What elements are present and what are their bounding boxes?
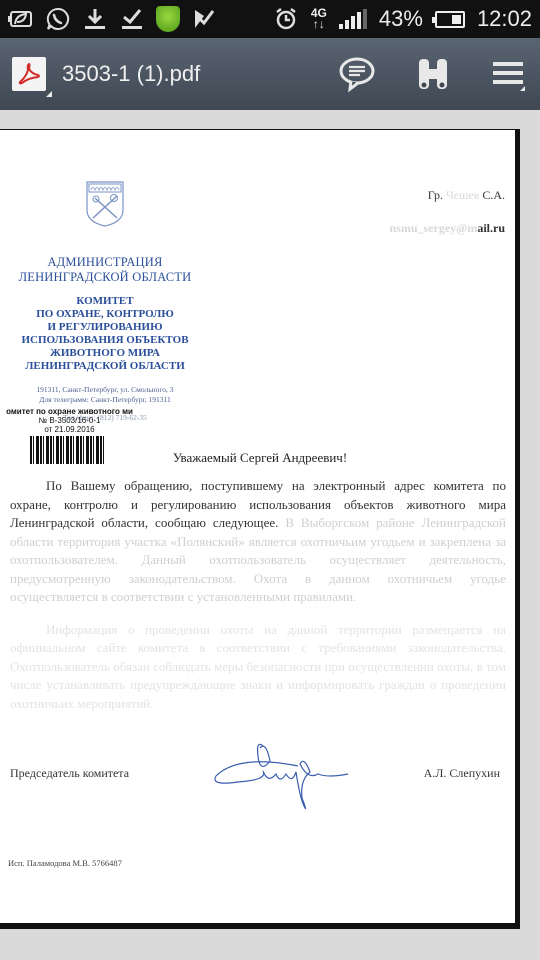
dropdown-corner-icon <box>46 91 52 97</box>
network-type: 4G <box>311 6 327 20</box>
committee-line: КОМИТЕТ <box>0 295 210 308</box>
letterhead: АДМИНИСТРАЦИЯ ЛЕНИНГРАДСКОЙ ОБЛАСТИ КОМИ… <box>0 180 210 422</box>
search-button[interactable] <box>414 55 452 93</box>
paragraph-1: По Вашему обращению, поступившему на эле… <box>10 477 506 607</box>
committee-line: ЛЕНИНГРАДСКОЙ ОБЛАСТИ <box>0 360 210 373</box>
signal-bar <box>357 12 361 29</box>
coat-of-arms-icon <box>85 180 125 228</box>
committee-address: 191311, Санкт-Петербург, ул. Смольного, … <box>0 385 210 405</box>
letter-body: По Вашему обращению, поступившему на эле… <box>10 477 506 713</box>
comments-button[interactable] <box>338 55 376 93</box>
admin-line-1: АДМИНИСТРАЦИЯ <box>0 255 210 270</box>
address-line-1: 191311, Санкт-Петербург, ул. Смольного, … <box>0 385 210 395</box>
signal-bar <box>351 16 355 29</box>
signer-title: Председатель комитета <box>10 766 129 781</box>
committee-name: КОМИТЕТ ПО ОХРАНЕ, КОНТРОЛЮ И РЕГУЛИРОВА… <box>0 295 210 373</box>
antivirus-shield-icon <box>156 6 180 32</box>
document-title: 3503-1 (1).pdf <box>62 61 200 87</box>
adobe-acrobat-icon[interactable] <box>12 57 46 91</box>
executor-note: Исп. Паламодова М.В. 5766487 <box>8 858 122 868</box>
signal-bar <box>363 9 367 29</box>
recipient-initials: С.А. <box>482 188 505 202</box>
check-icon <box>119 6 145 32</box>
stamp-org: омитет по охране животного ми <box>2 407 137 416</box>
stamp-date: от 21.09.2016 <box>2 425 137 434</box>
recipient-block: Гр. Чешев С.А. nsmu_sergey@mail.ru <box>390 188 506 236</box>
address-line-2: Для телеграмм: Санкт-Петербург, 191311 <box>0 395 210 405</box>
signal-bar <box>345 20 349 29</box>
menu-button[interactable] <box>490 55 528 93</box>
speech-bubble-icon <box>338 55 376 93</box>
status-bar: 4G↑↓ 43% 12:02 <box>0 0 540 38</box>
recipient-name: Гр. Чешев С.А. <box>390 188 506 203</box>
handwritten-signature <box>208 736 358 816</box>
email-visible-part: ail.ru <box>477 221 505 235</box>
recipient-surname: Чешев <box>446 188 479 202</box>
signer-name: А.Л. Слепухин <box>424 766 500 781</box>
battery-percent: 43% <box>379 6 423 32</box>
clock: 12:02 <box>477 6 532 32</box>
greeting: Уважаемый Сергей Андреевич! <box>0 450 520 466</box>
pdf-page[interactable]: АДМИНИСТРАЦИЯ ЛЕНИНГРАДСКОЙ ОБЛАСТИ КОМИ… <box>0 129 520 929</box>
alarm-icon <box>273 6 299 32</box>
network-4g-icon: 4G↑↓ <box>311 8 327 30</box>
app-toolbar: 3503-1 (1).pdf <box>0 38 540 110</box>
committee-line: ЖИВОТНОГО МИРА <box>0 347 210 360</box>
recipient-prefix: Гр. <box>428 188 443 202</box>
download-icon <box>82 6 108 32</box>
battery-icon <box>435 11 465 28</box>
tasks-check-icon <box>191 6 217 32</box>
hamburger-menu-icon <box>491 56 527 92</box>
email-hidden-part: nsmu_sergey@m <box>390 221 478 235</box>
binoculars-icon <box>417 55 449 93</box>
committee-line: ИСПОЛЬЗОВАНИЯ ОБЪЕКТОВ <box>0 334 210 347</box>
committee-line: И РЕГУЛИРОВАНИЮ <box>0 321 210 334</box>
whatsapp-icon <box>45 6 71 32</box>
committee-line: ПО ОХРАНЕ, КОНТРОЛЮ <box>0 308 210 321</box>
recipient-email: nsmu_sergey@mail.ru <box>390 221 506 236</box>
stamp-number: № В-3503/16-0-1 <box>2 416 137 425</box>
paragraph-2: Информация о проведении охоты на данной … <box>10 621 506 714</box>
signal-bar <box>339 24 343 29</box>
signal-icon <box>339 9 367 29</box>
admin-line-2: ЛЕНИНГРАДСКОЙ ОБЛАСТИ <box>0 270 210 285</box>
eco-battery-icon <box>8 6 34 32</box>
administration-name: АДМИНИСТРАЦИЯ ЛЕНИНГРАДСКОЙ ОБЛАСТИ <box>0 255 210 285</box>
